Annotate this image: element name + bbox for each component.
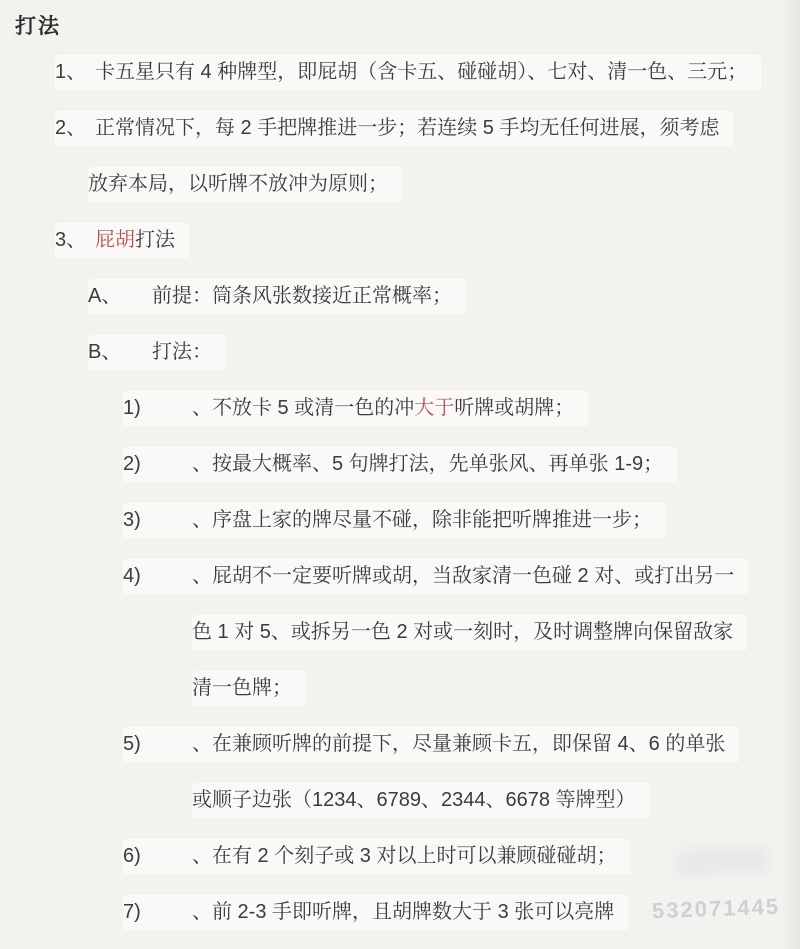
list-item-p4: 4) 、屁胡不一定要听牌或胡，当敌家清一色碰 2 对、或打出另一 [0,548,800,604]
list-marker: 2) [123,452,192,477]
list-text: 正常情况下，每 2 手把牌推进一步；若连续 5 手均无任何进展，须考虑 [95,116,719,141]
list-text: 、按最大概率、5 句牌打法，先单张风、再单张 1-9； [192,452,663,477]
list-item-B: B、 打法： [0,324,800,380]
list-item-3: 3、 屁胡打法 [0,212,800,268]
list-item-2: 2、 正常情况下，每 2 手把牌推进一步；若连续 5 手均无任何进展，须考虑 [0,100,800,156]
list-item-p3: 3) 、序盘上家的牌尽量不碰，除非能把听牌推进一步； [0,492,800,548]
list-marker: 2、 [55,116,95,141]
list-item-p5-continuation: 或顺子边张（1234、6789、2344、6678 等牌型） [0,772,800,828]
list-text: 、不放卡 5 或清一色的冲大于听牌或胡牌； [192,396,574,421]
highlight-red-text: 屁胡 [95,229,135,251]
highlight-red-text: 大于 [414,397,454,419]
list-text: 或顺子边张（1234、6789、2344、6678 等牌型） [192,788,636,813]
list-marker: 6) [123,844,192,869]
list-marker: 7) [123,900,192,925]
list-item-A: A、 前提：筒条风张数接近正常概率； [0,268,800,324]
list-text: 、序盘上家的牌尽量不碰，除非能把听牌推进一步； [192,508,652,533]
watermark: 532071445 [652,894,781,924]
list-text: 打法： [152,340,212,365]
list-item-2-continuation: 放弃本局，以听牌不放冲为原则； [0,156,800,212]
list-text: 、屁胡不一定要听牌或胡，当敌家清一色碰 2 对、或打出另一 [192,564,734,589]
list-text: 前提：筒条风张数接近正常概率； [152,284,452,309]
list-marker: B、 [88,340,152,365]
list-marker: 1) [123,396,192,421]
list-text: 、在有 2 个刻子或 3 对以上时可以兼顾碰碰胡； [192,844,616,869]
list-text: 清一色牌； [192,676,292,701]
list-item-p2: 2) 、按最大概率、5 句牌打法，先单张风、再单张 1-9； [0,436,800,492]
document-title: 打法 [0,0,800,44]
list-text: 屁胡打法 [95,228,175,253]
list-text: 、在兼顾听牌的前提下，尽量兼顾卡五，即保留 4、6 的单张 [192,732,725,757]
list-marker: 3、 [55,228,95,253]
list-item-p1: 1) 、不放卡 5 或清一色的冲大于听牌或胡牌； [0,380,800,436]
list-item-1: 1、 卡五星只有 4 种牌型，即屁胡（含卡五、碰碰胡）、七对、清一色、三元； [0,44,800,100]
list-text: 卡五星只有 4 种牌型，即屁胡（含卡五、碰碰胡）、七对、清一色、三元； [95,60,747,85]
list-marker: 3) [123,508,192,533]
list-text: 色 1 对 5、或拆另一色 2 对或一刻时，及时调整牌向保留敌家 [192,620,733,645]
document-page: 打法 1、 卡五星只有 4 种牌型，即屁胡（含卡五、碰碰胡）、七对、清一色、三元… [0,0,800,949]
list-marker: 4) [123,564,192,589]
list-marker: 5) [123,732,192,757]
list-marker: 1、 [55,60,95,85]
list-item-p5: 5) 、在兼顾听牌的前提下，尽量兼顾卡五，即保留 4、6 的单张 [0,716,800,772]
list-item-p4-continuation-2: 清一色牌； [0,660,800,716]
list-text: 、前 2-3 手即听牌，且胡牌数大于 3 张可以亮牌 [192,900,614,925]
list-item-p4-continuation: 色 1 对 5、或拆另一色 2 对或一刻时，及时调整牌向保留敌家 [0,604,800,660]
watermark-smear [675,846,768,877]
list-text: 放弃本局，以听牌不放冲为原则； [88,172,388,197]
list-marker: A、 [88,284,152,309]
